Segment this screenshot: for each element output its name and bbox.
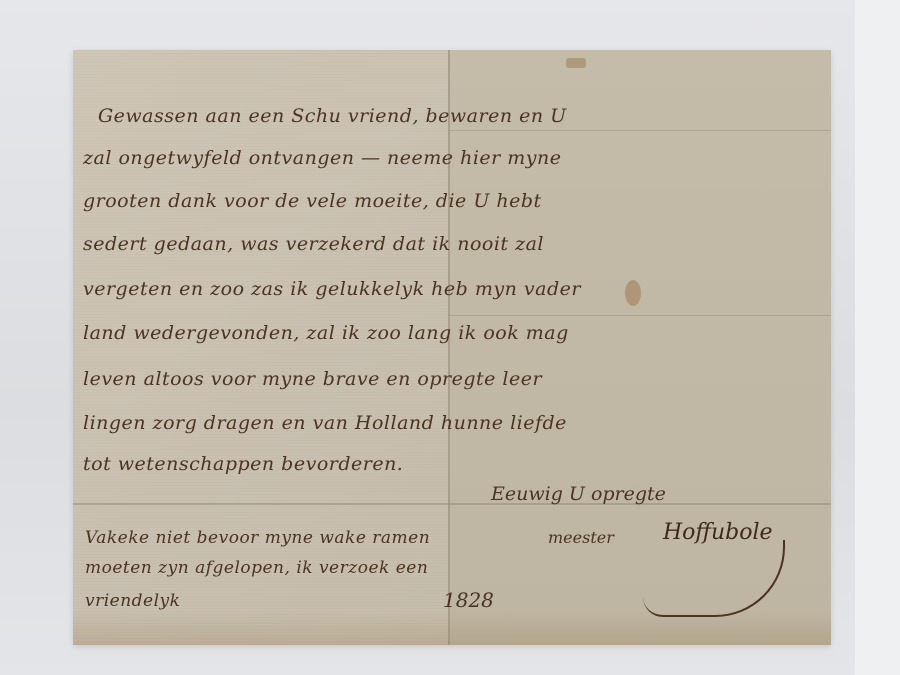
body-line: grooten dank voor de vele moeite, die U … — [83, 190, 542, 212]
body-line: Gewassen aan een Schu vriend, bewaren en… — [98, 105, 567, 127]
body-line: land wedergevonden, zal ik zoo lang ik o… — [83, 322, 569, 344]
backdrop — [855, 0, 900, 675]
horizontal-crease-middle — [449, 315, 831, 316]
body-line: zal ongetwyfeld ontvangen — neeme hier m… — [83, 147, 562, 169]
postscript-line: vriendelyk — [85, 591, 180, 611]
body-line: leven altoos voor myne brave en opregte … — [83, 368, 542, 390]
body-line: tot wetenschappen bevorderen. — [83, 453, 403, 475]
closing-line: Eeuwig U opregte — [491, 483, 666, 505]
letter-paper: Gewassen aan een Schu vriend, bewaren en… — [73, 50, 831, 645]
horizontal-crease-upper — [449, 130, 831, 131]
paper-tear — [566, 58, 586, 68]
ink-stain — [625, 280, 641, 306]
closing-word: meester — [548, 528, 614, 547]
postscript-line: Vakeke niet bevoor myne wake ramen — [85, 528, 430, 548]
vertical-fold — [448, 50, 450, 645]
postscript-line: moeten zyn afgelopen, ik verzoek een — [85, 558, 428, 578]
body-line: sedert gedaan, was verzekerd dat ik nooi… — [83, 233, 544, 255]
horizontal-fold — [73, 503, 831, 505]
date-year: 1828 — [443, 588, 494, 612]
body-line: vergeten en zoo zas ik gelukkelyk heb my… — [83, 278, 581, 300]
body-line: lingen zorg dragen en van Holland hunne … — [83, 412, 567, 434]
